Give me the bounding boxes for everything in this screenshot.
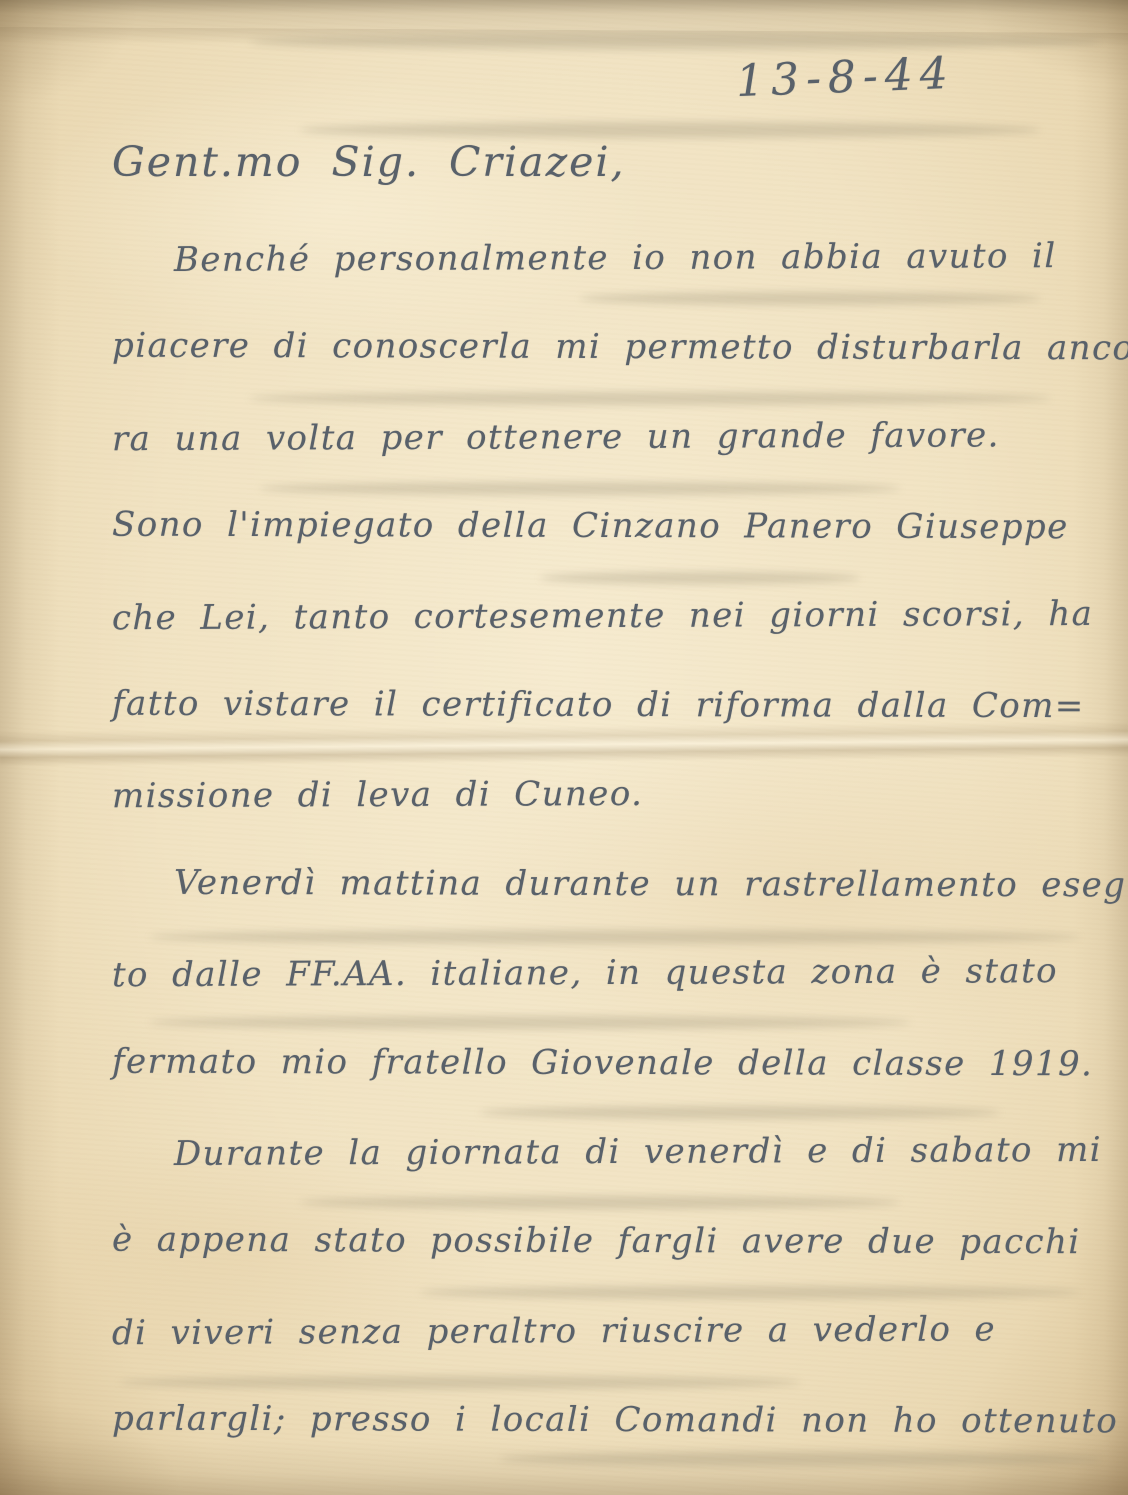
bleed-mark	[250, 34, 1100, 50]
letter-line: è appena stato possibile fargli avere du…	[112, 1220, 1128, 1312]
letter-line: Durante la giornata di venerdì e di saba…	[112, 1130, 1128, 1224]
letter-line: fatto vistare il certificato di riforma …	[112, 684, 1128, 776]
letter-line: Venerdì mattina durante un rastrellament…	[112, 862, 1128, 954]
bleed-mark	[300, 122, 1040, 138]
letter-line: to dalle FF.AA. italiane, in questa zona…	[112, 951, 1128, 1045]
letter-line: Sono l'impiegato della Cinzano Panero Gi…	[112, 505, 1128, 597]
letter-page: 13-8-44 Gent.mo Sig. Criazei, Benché per…	[0, 0, 1128, 1495]
letter-line: parlargli; presso i locali Comandi non h…	[112, 1399, 1128, 1491]
letter-lines: Benché personalmente io non abbia avuto …	[112, 238, 1128, 1489]
letter-line: di viveri senza peraltro riuscire a vede…	[112, 1308, 1128, 1402]
letter-line: Benché personalmente io non abbia avuto …	[112, 236, 1128, 330]
letter-salutation: Gent.mo Sig. Criazei,	[112, 138, 626, 186]
letter-line: missione di leva di Cuneo.	[112, 772, 1128, 866]
letter-line: piacere di conoscerla mi permetto distur…	[112, 326, 1128, 418]
letter-line: che Lei, tanto cortesemente nei giorni s…	[112, 593, 1128, 687]
letter-date: 13-8-44	[735, 48, 956, 107]
letter-line: ra una volta per ottenere un grande favo…	[112, 415, 1128, 509]
letter-line: fermato mio fratello Giovenale della cla…	[112, 1041, 1128, 1133]
